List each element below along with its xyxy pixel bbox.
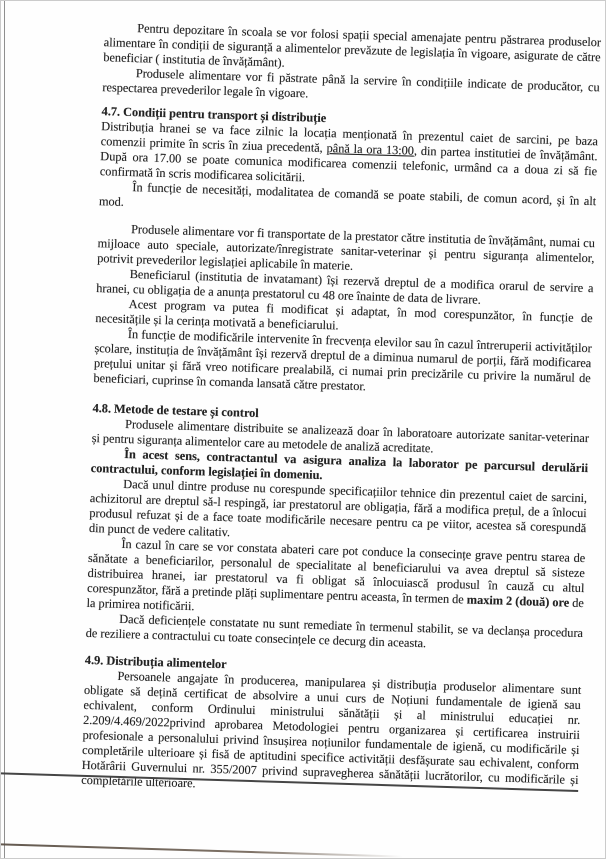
document-content: Pentru depozitare în scoala se vor folos… [0,1,606,803]
underlined-deadline-text: până la ora 13:00 [326,141,414,158]
bottom-partial-line [0,842,403,857]
scanned-document-page: Pentru depozitare în scoala se vor folos… [0,0,606,859]
bold-termen-text: maxim 2 (două) ore [467,593,570,610]
